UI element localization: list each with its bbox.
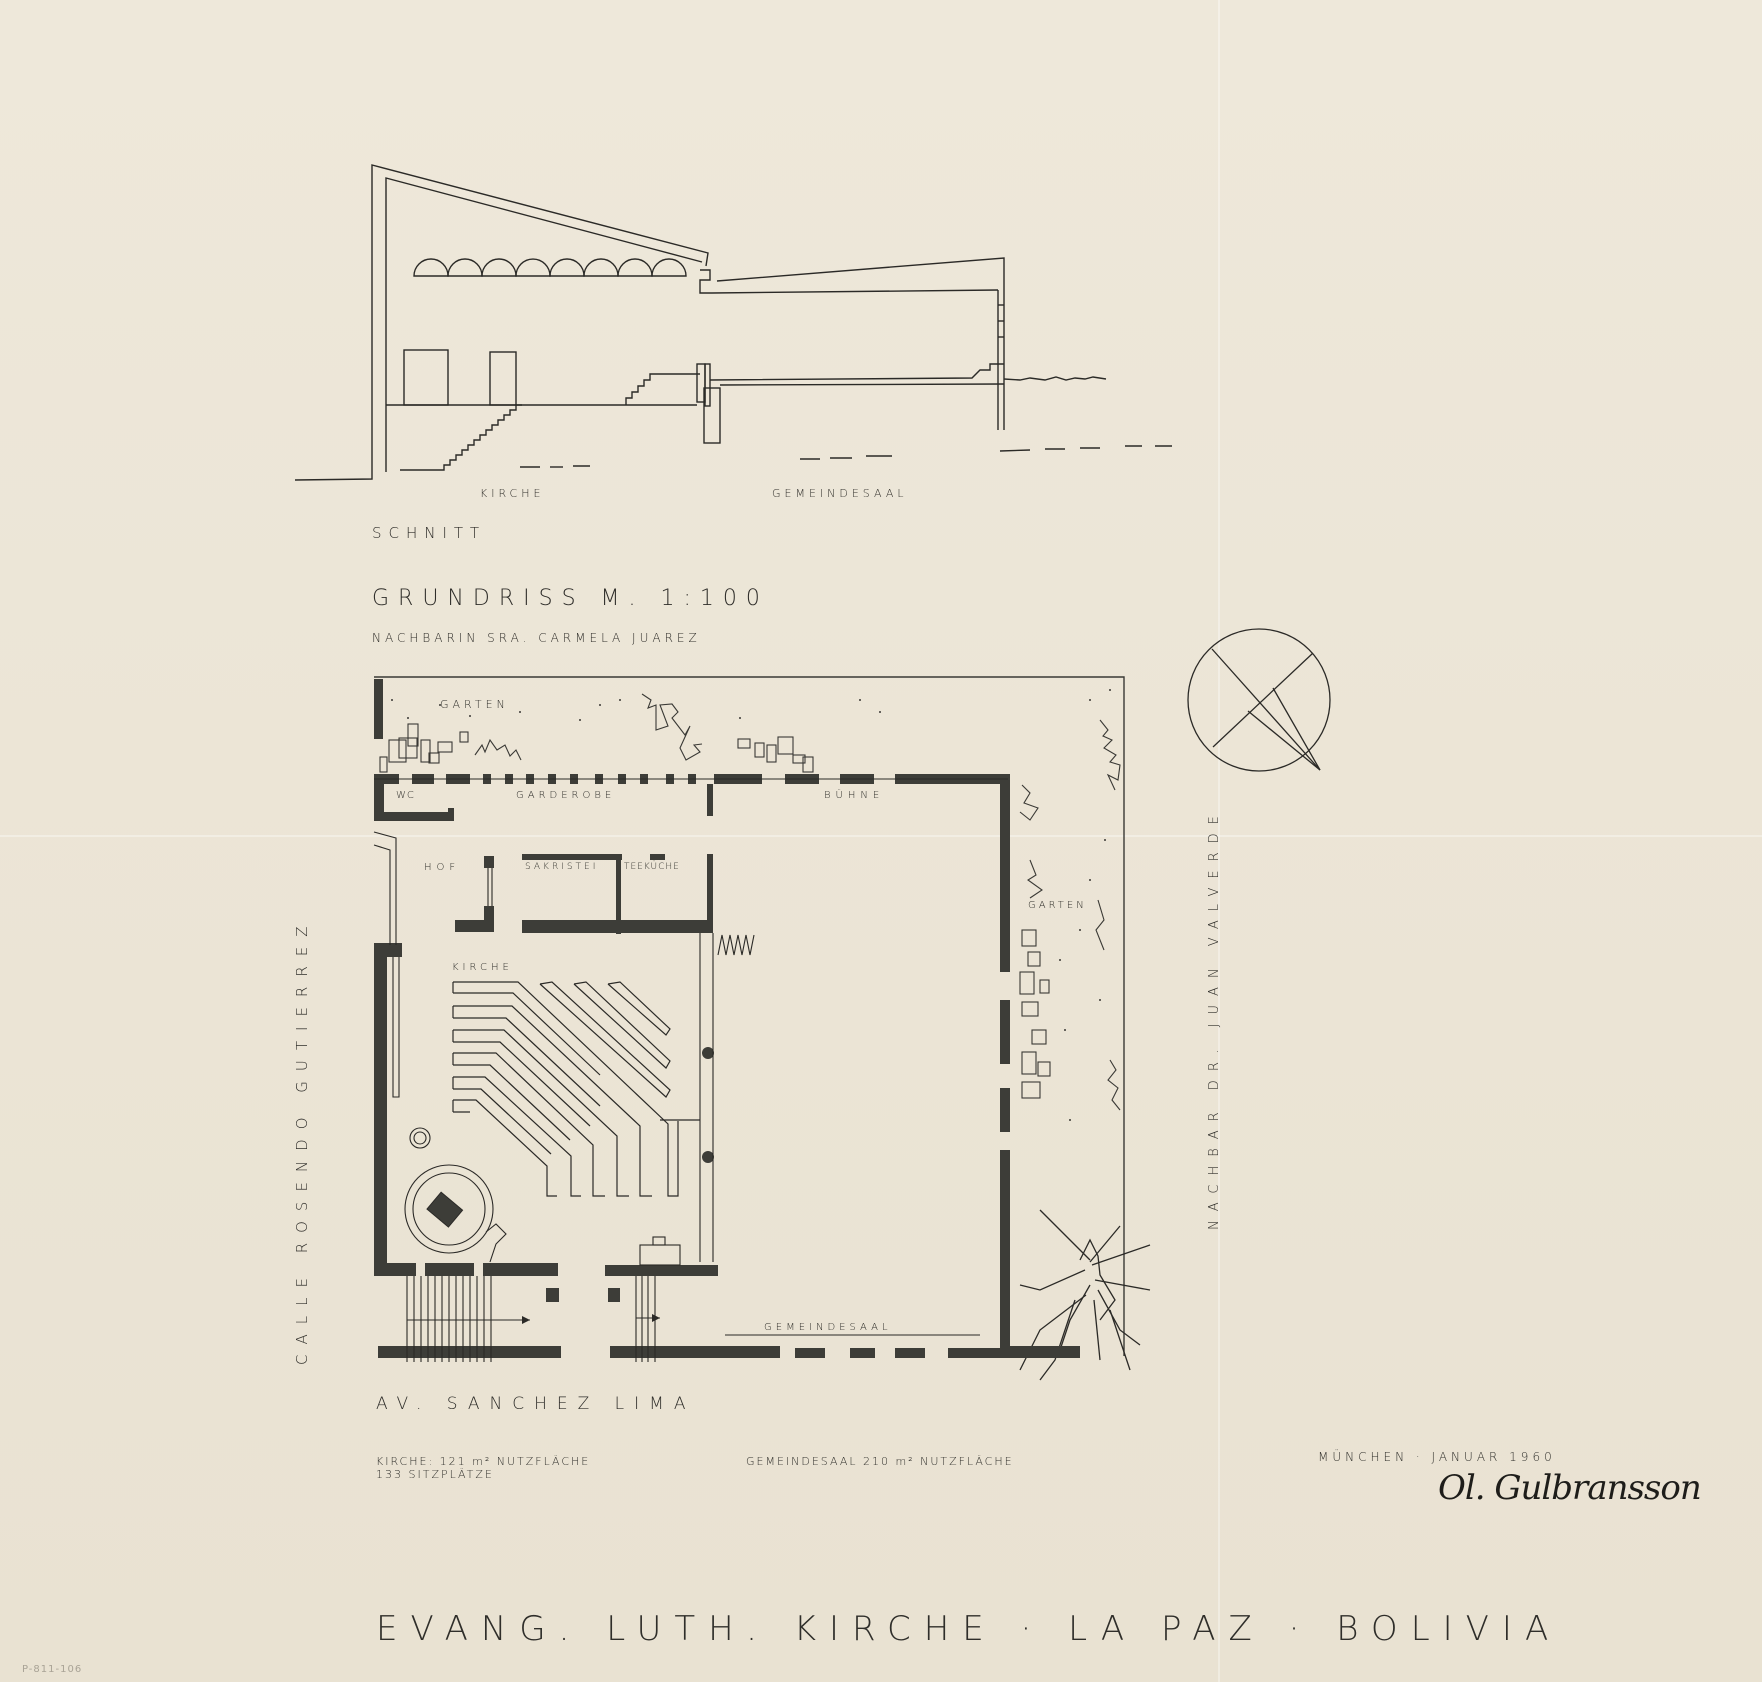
room-label-garten-right: GARTEN (1028, 900, 1087, 911)
street-label-bottom: AV. SANCHEZ LIMA (376, 1394, 695, 1414)
room-label-garderobe: GARDEROBE (516, 790, 615, 801)
seats-kirche: 133 SITZPLÄTZE (376, 1468, 494, 1481)
neighbor-right-label: NACHBAR DR. JUAN VALVERDE (1207, 860, 1222, 1230)
street-label-left: CALLE ROSENDO GUTIERREZ (293, 925, 311, 1365)
room-label-hof: HOF (424, 862, 460, 873)
room-label-kirche: KIRCHE (452, 962, 513, 973)
architect-signature: Ol. Gulbransson (1438, 1468, 1701, 1508)
room-label-buehne: BÜHNE (824, 790, 884, 801)
area-gemeindesaal: GEMEINDESAAL 210 m² NUTZFLÄCHE (746, 1455, 1014, 1468)
room-label-teekueche: TEEKÜCHE (624, 862, 680, 872)
church-pews (453, 982, 700, 1196)
drawing-title: EVANG. LUTH. KIRCHE · LA PAZ · BOLIVIA (376, 1609, 1561, 1649)
room-label-wc: WC (396, 790, 415, 801)
altar-table (427, 1192, 463, 1227)
room-label-gemeindesaal: GEMEINDESAAL (764, 1322, 892, 1333)
room-label-sakristei: SAKRISTEI (525, 862, 598, 872)
archive-stamp: P-811-106 (22, 1664, 82, 1675)
area-kirche: KIRCHE: 121 m² NUTZFLÄCHE (376, 1455, 590, 1468)
place-date: MÜNCHEN · JANUAR 1960 (1318, 1450, 1556, 1464)
room-label-garten-top: GARTEN (440, 698, 509, 711)
floor-plan (0, 0, 1762, 1682)
